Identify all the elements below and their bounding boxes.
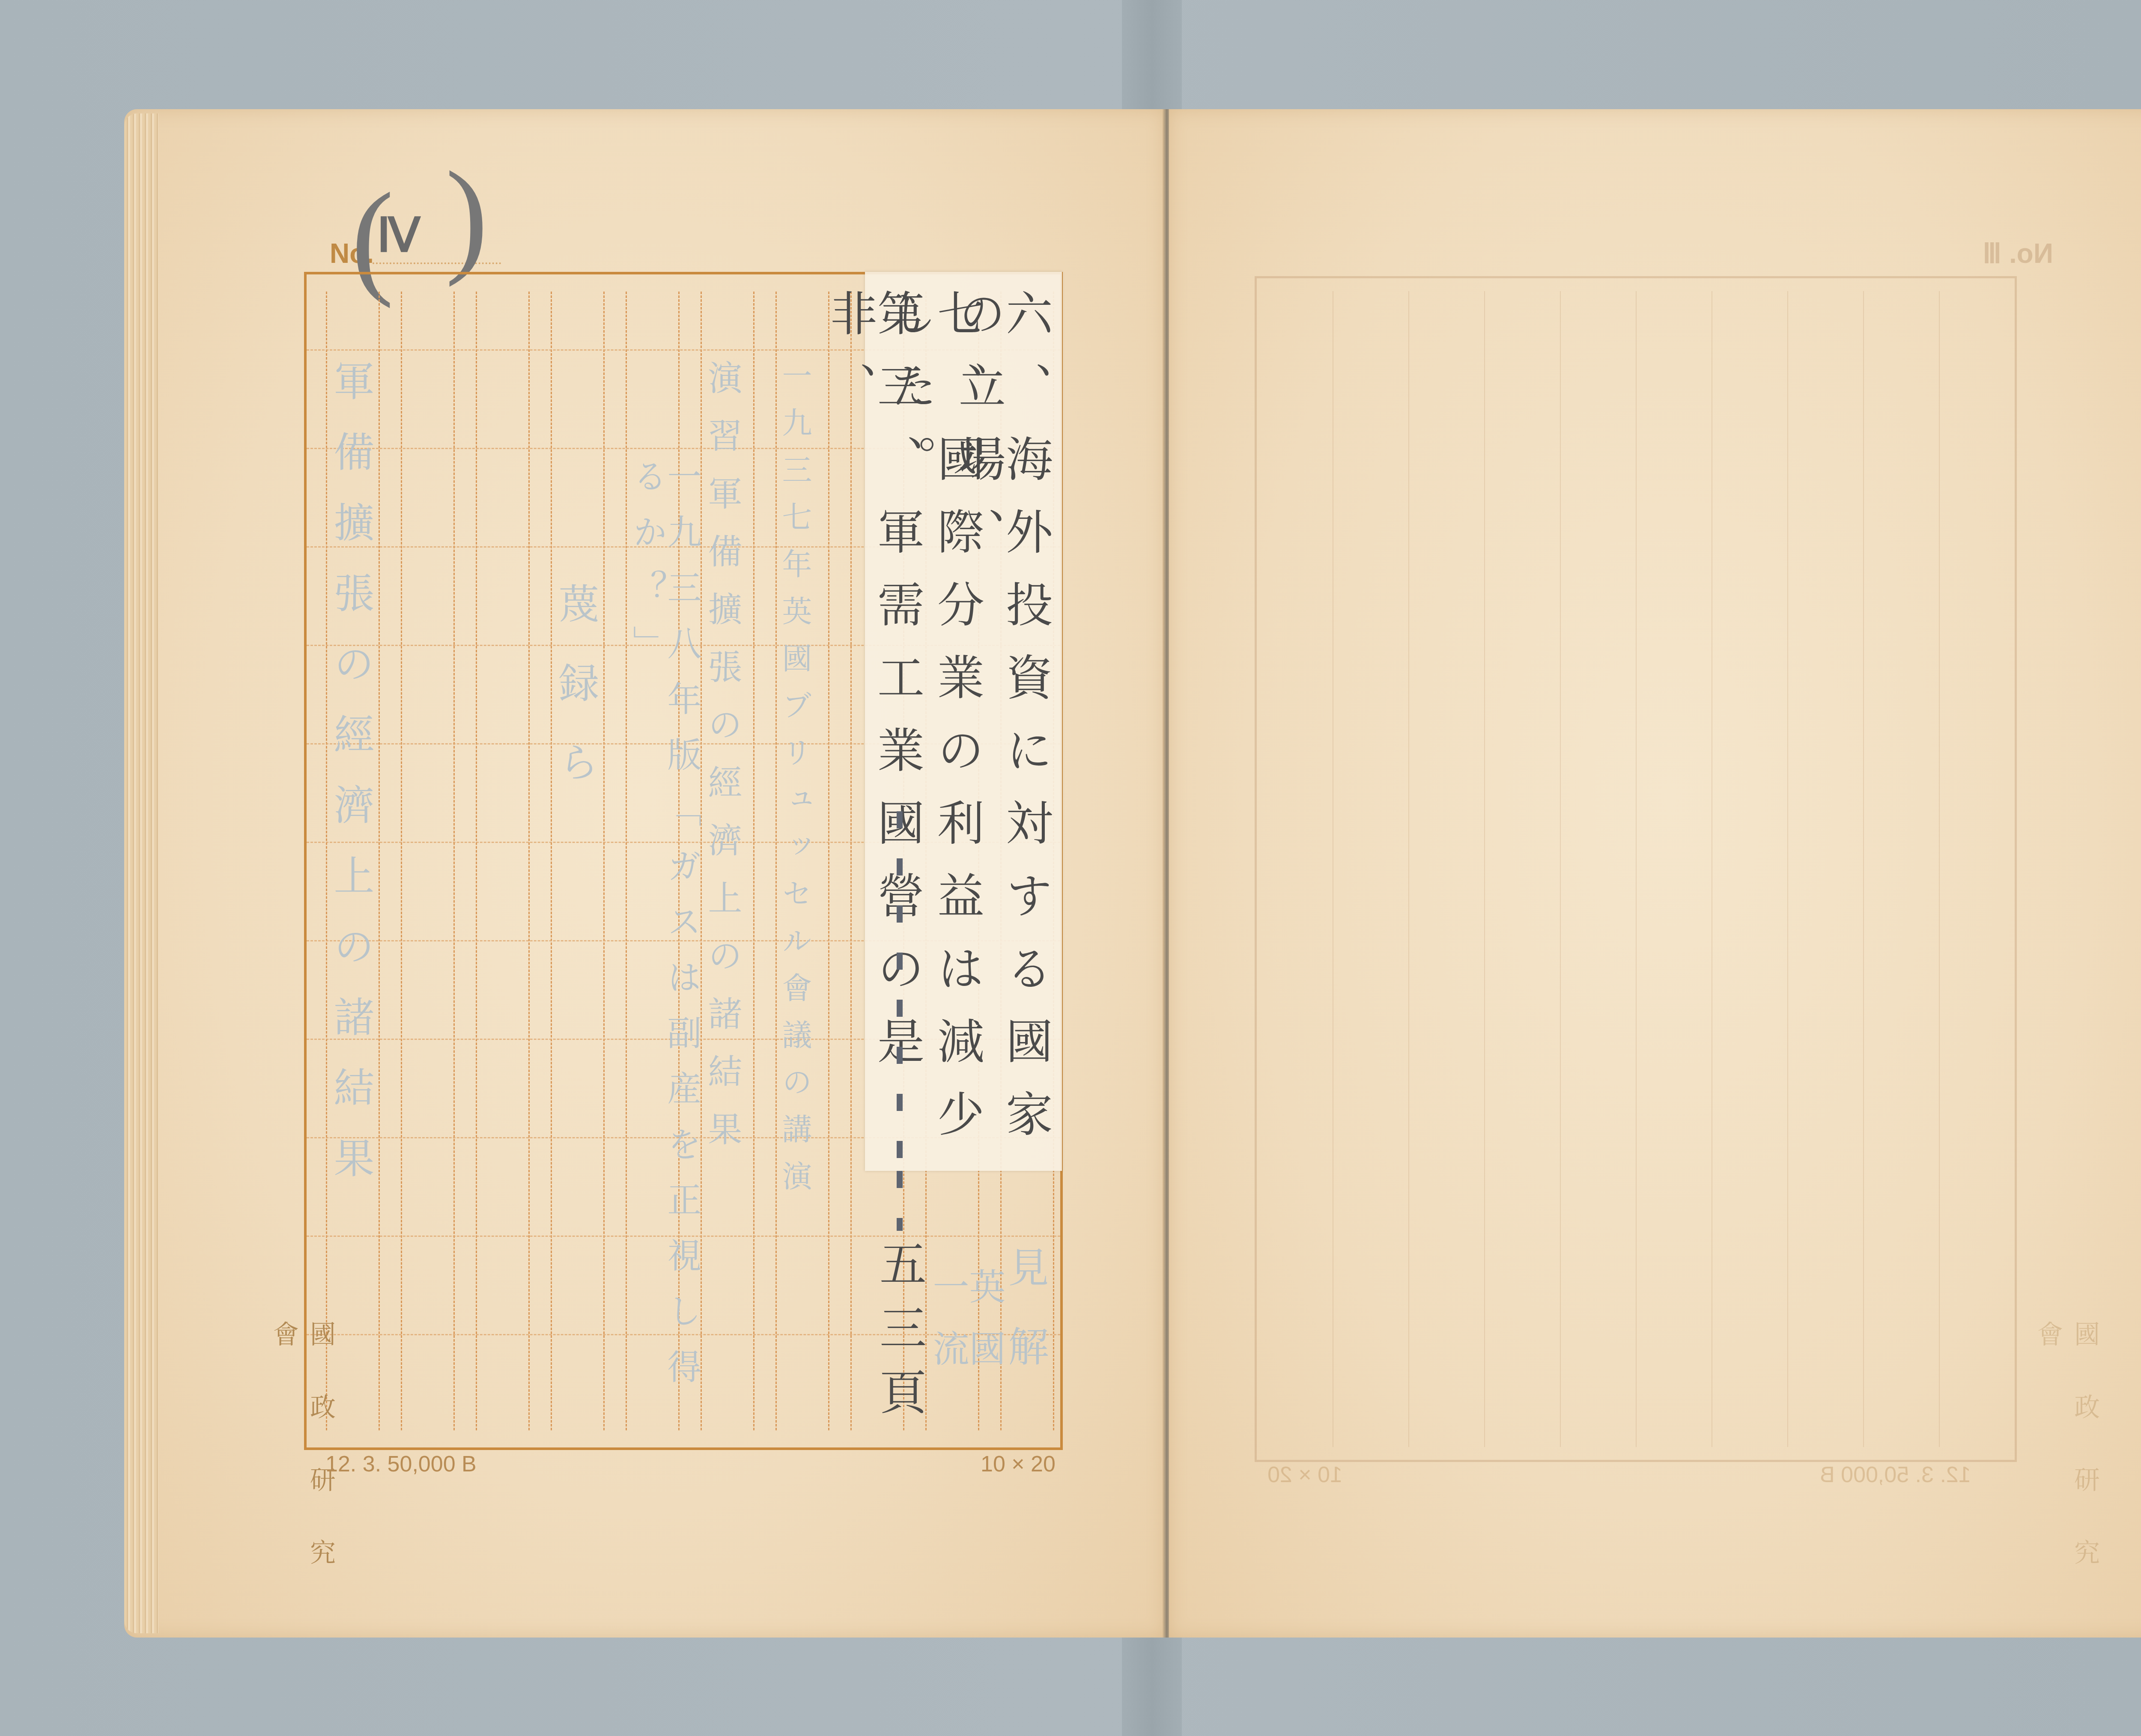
open-notebook: No. ( Ⅳ ) 軍備擴張の bbox=[124, 109, 2141, 1638]
grid-column bbox=[1560, 291, 1561, 1447]
ghost-text-column: 演習軍備擴張の經濟上の諸結果 bbox=[705, 360, 739, 1169]
show-through-grid-format: 10 × 20 bbox=[1267, 1462, 1342, 1488]
right-page: No. Ⅲ 10 × 20 12. 3. 50,000 B 國政研究會 bbox=[1169, 109, 2141, 1638]
grid-column bbox=[1787, 291, 1788, 1447]
grid-column bbox=[476, 292, 530, 1430]
ghost-text-column: 英國一流 bbox=[930, 1268, 1002, 1447]
grid-column bbox=[1712, 291, 1712, 1447]
ghost-text-column: 一九三八年版「ガスは副産を正視し得るか？」 bbox=[630, 459, 698, 1447]
page-stack-edges bbox=[124, 113, 158, 1633]
grid-column bbox=[1333, 291, 1333, 1447]
grid-column bbox=[1408, 291, 1409, 1447]
show-through-grid bbox=[1255, 276, 2017, 1462]
leader-dots-continued bbox=[897, 1171, 903, 1231]
ghost-text-column: 軍備擴張の經濟上の諸結果 bbox=[330, 360, 371, 1208]
show-through-print-code: 12. 3. 50,000 B bbox=[1820, 1462, 1971, 1488]
grid-column bbox=[1863, 291, 1864, 1447]
grid-column bbox=[551, 292, 605, 1430]
page-number-value: Ⅳ bbox=[377, 208, 420, 263]
show-through-side-label: 國政研究會 bbox=[2030, 1321, 2103, 1638]
ghost-text-column: 一九三七年英國ブリュッセル會議の講演 bbox=[780, 360, 810, 1208]
left-page: No. ( Ⅳ ) 軍備擴張の bbox=[124, 109, 1165, 1638]
show-through-page-number: No. Ⅲ bbox=[1983, 238, 2053, 270]
pasted-paper-slip: 六、海外投資に対する國家の立場、 七、國際分業の利益は減少した。 第三、軍需工業… bbox=[865, 272, 1062, 1171]
grid-format: 10 × 20 bbox=[981, 1451, 1056, 1477]
page-number-paren-close: ) bbox=[445, 152, 488, 280]
page-reference: 五三頁 bbox=[876, 1239, 923, 1432]
grid-column bbox=[401, 292, 455, 1430]
grid-column bbox=[1636, 291, 1637, 1447]
print-code: 12. 3. 50,000 B bbox=[325, 1451, 477, 1477]
ghost-text-column: 蔑録ら bbox=[555, 583, 596, 820]
grid-column bbox=[1484, 291, 1485, 1447]
publisher-side-label: 國政研究會 bbox=[265, 1321, 339, 1638]
ghost-text-column: 見解 bbox=[1005, 1246, 1045, 1405]
leader-dots bbox=[897, 811, 903, 1162]
handwritten-line-section-3: 第三、軍需工業國營の是非、 bbox=[826, 289, 921, 1171]
grid-column bbox=[1939, 291, 1940, 1447]
